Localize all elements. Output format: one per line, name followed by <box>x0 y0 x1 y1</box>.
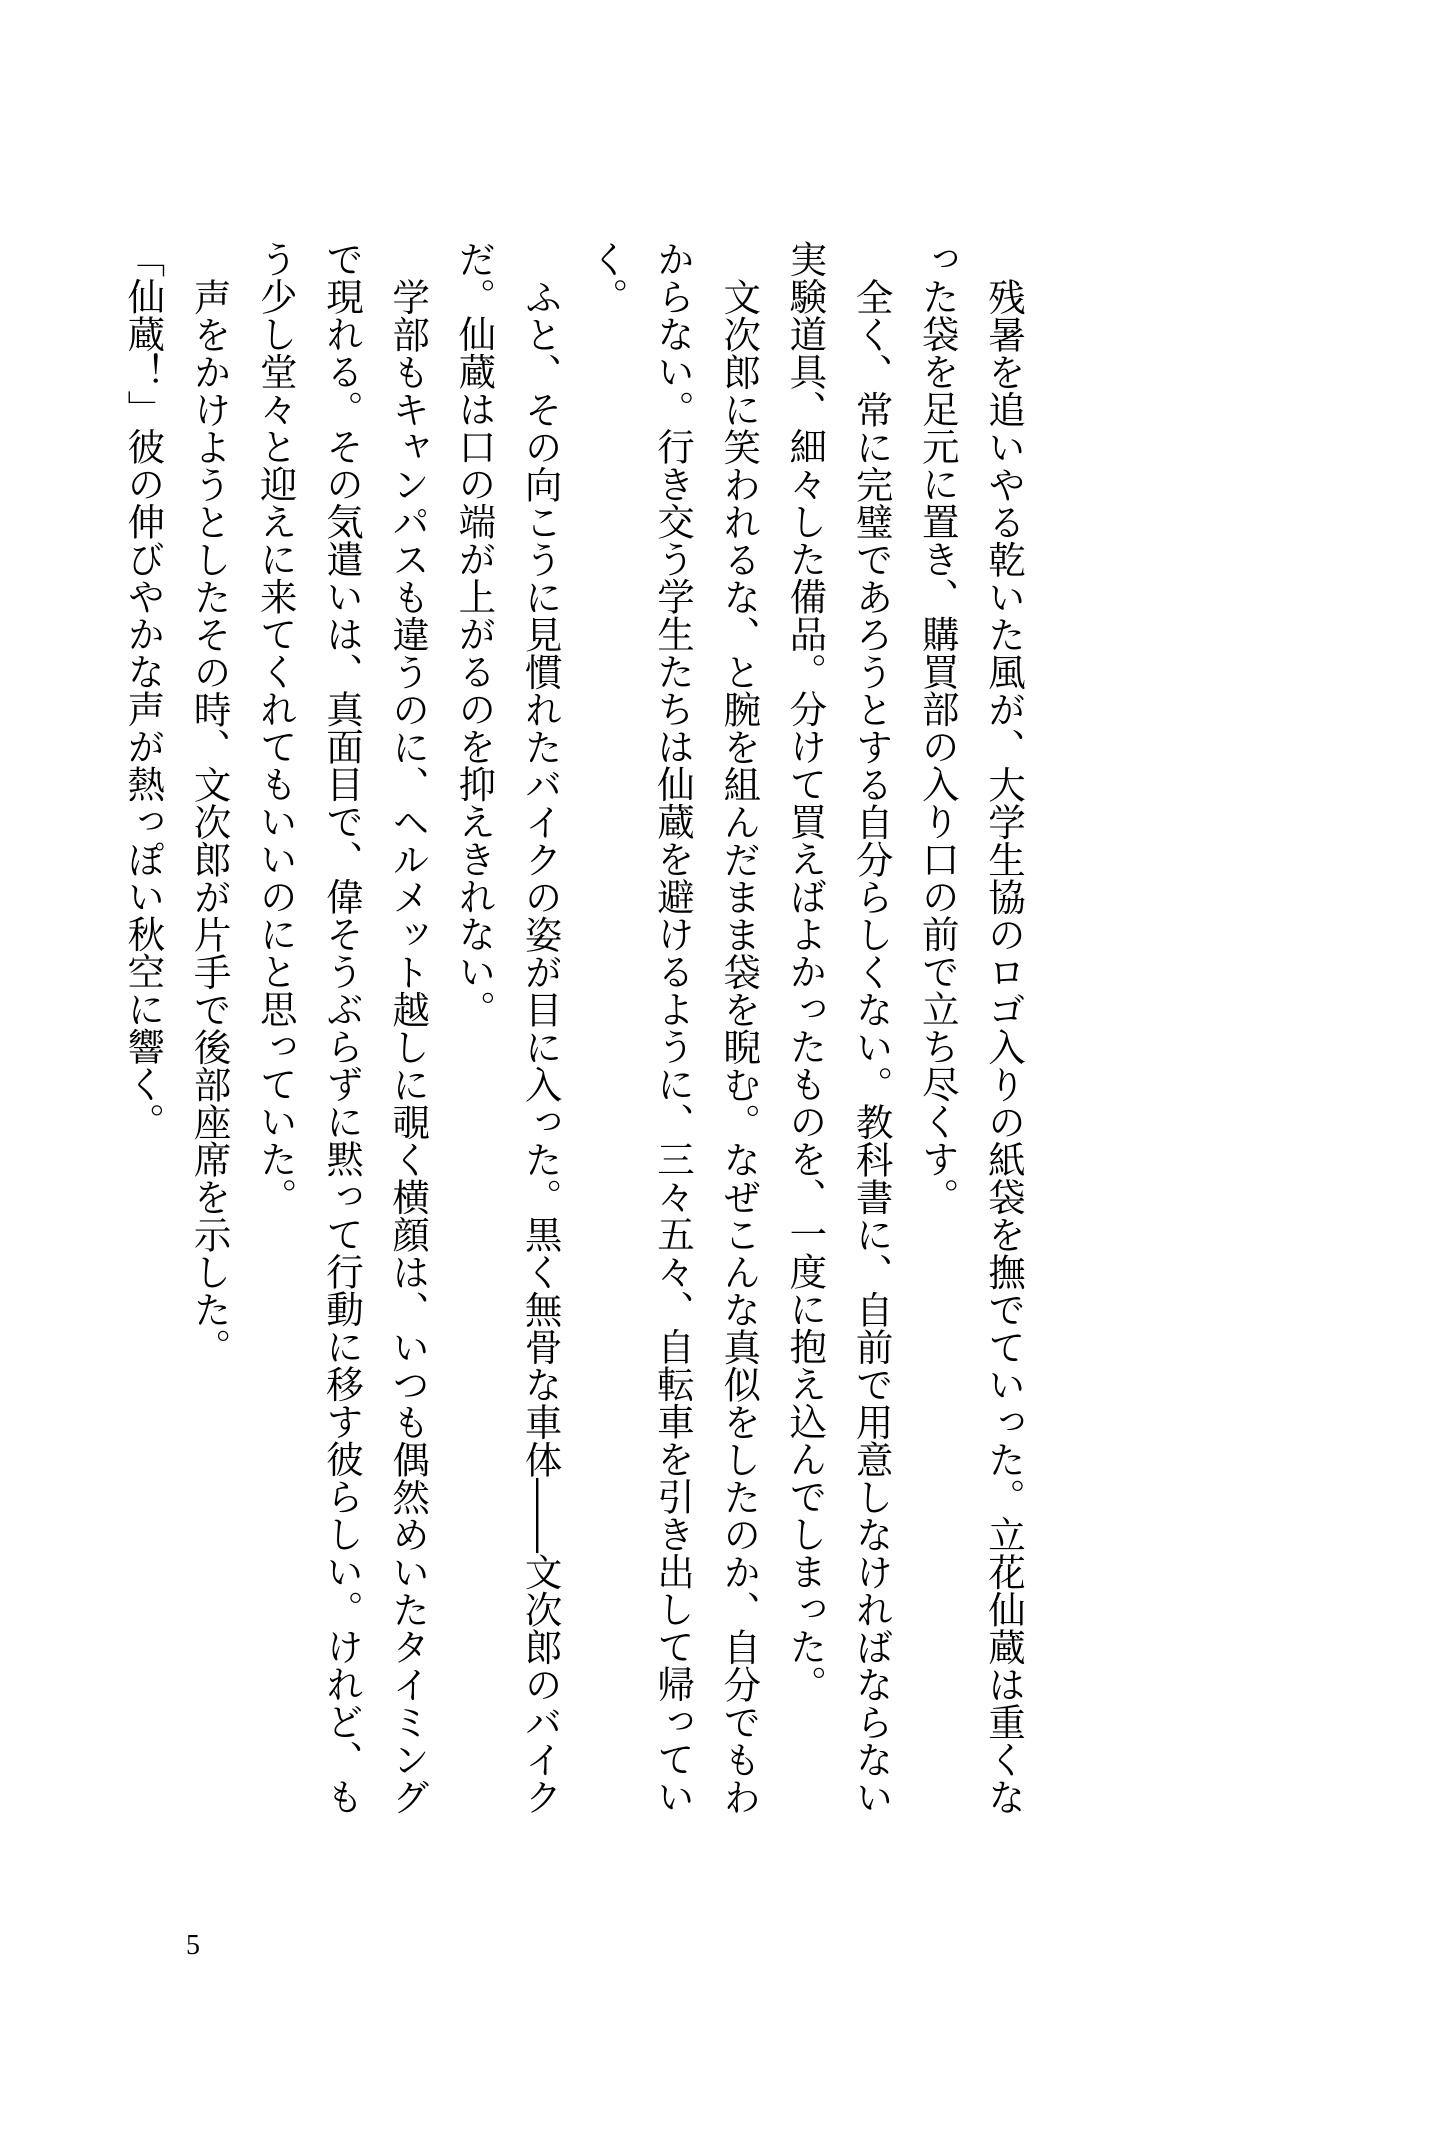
paragraph-5: 学部もキャンパスも違うのに、ヘルメット越しに覗く横顔は、いつも偶然めいたタイミン… <box>243 240 442 1830</box>
paragraph-3: 文次郎に笑われるな、と腕を組んだまま袋を睨む。なぜこんな真似をしたのか、自分でも… <box>574 240 773 1830</box>
page-number: 5 <box>186 1930 200 1962</box>
paragraph-6: 声をかけようとしたその時、文次郎が片手で後部座席を示した。 <box>176 240 242 1830</box>
paragraph-4: ふと、その向こうに見慣れたバイクの姿が目に入った。黒く無骨な車体――文次郎のバイ… <box>441 240 573 1830</box>
paragraph-7-dialogue: 「仙蔵！」彼の伸びやかな声が熱っぽい秋空に響く。 <box>110 240 176 1830</box>
book-page: 残暑を追いやる乾いた風が、大学生協のロゴ入りの紙袋を撫でていった。立花仙蔵は重く… <box>0 0 1453 2150</box>
paragraph-2: 全く、常に完璧であろうとする自分らしくない。教科書に、自前で用意しなければならな… <box>772 240 904 1830</box>
vertical-text-body: 残暑を追いやる乾いた風が、大学生協のロゴ入りの紙袋を撫でていった。立花仙蔵は重く… <box>175 240 1037 1830</box>
paragraph-1: 残暑を追いやる乾いた風が、大学生協のロゴ入りの紙袋を撫でていった。立花仙蔵は重く… <box>905 240 1037 1830</box>
